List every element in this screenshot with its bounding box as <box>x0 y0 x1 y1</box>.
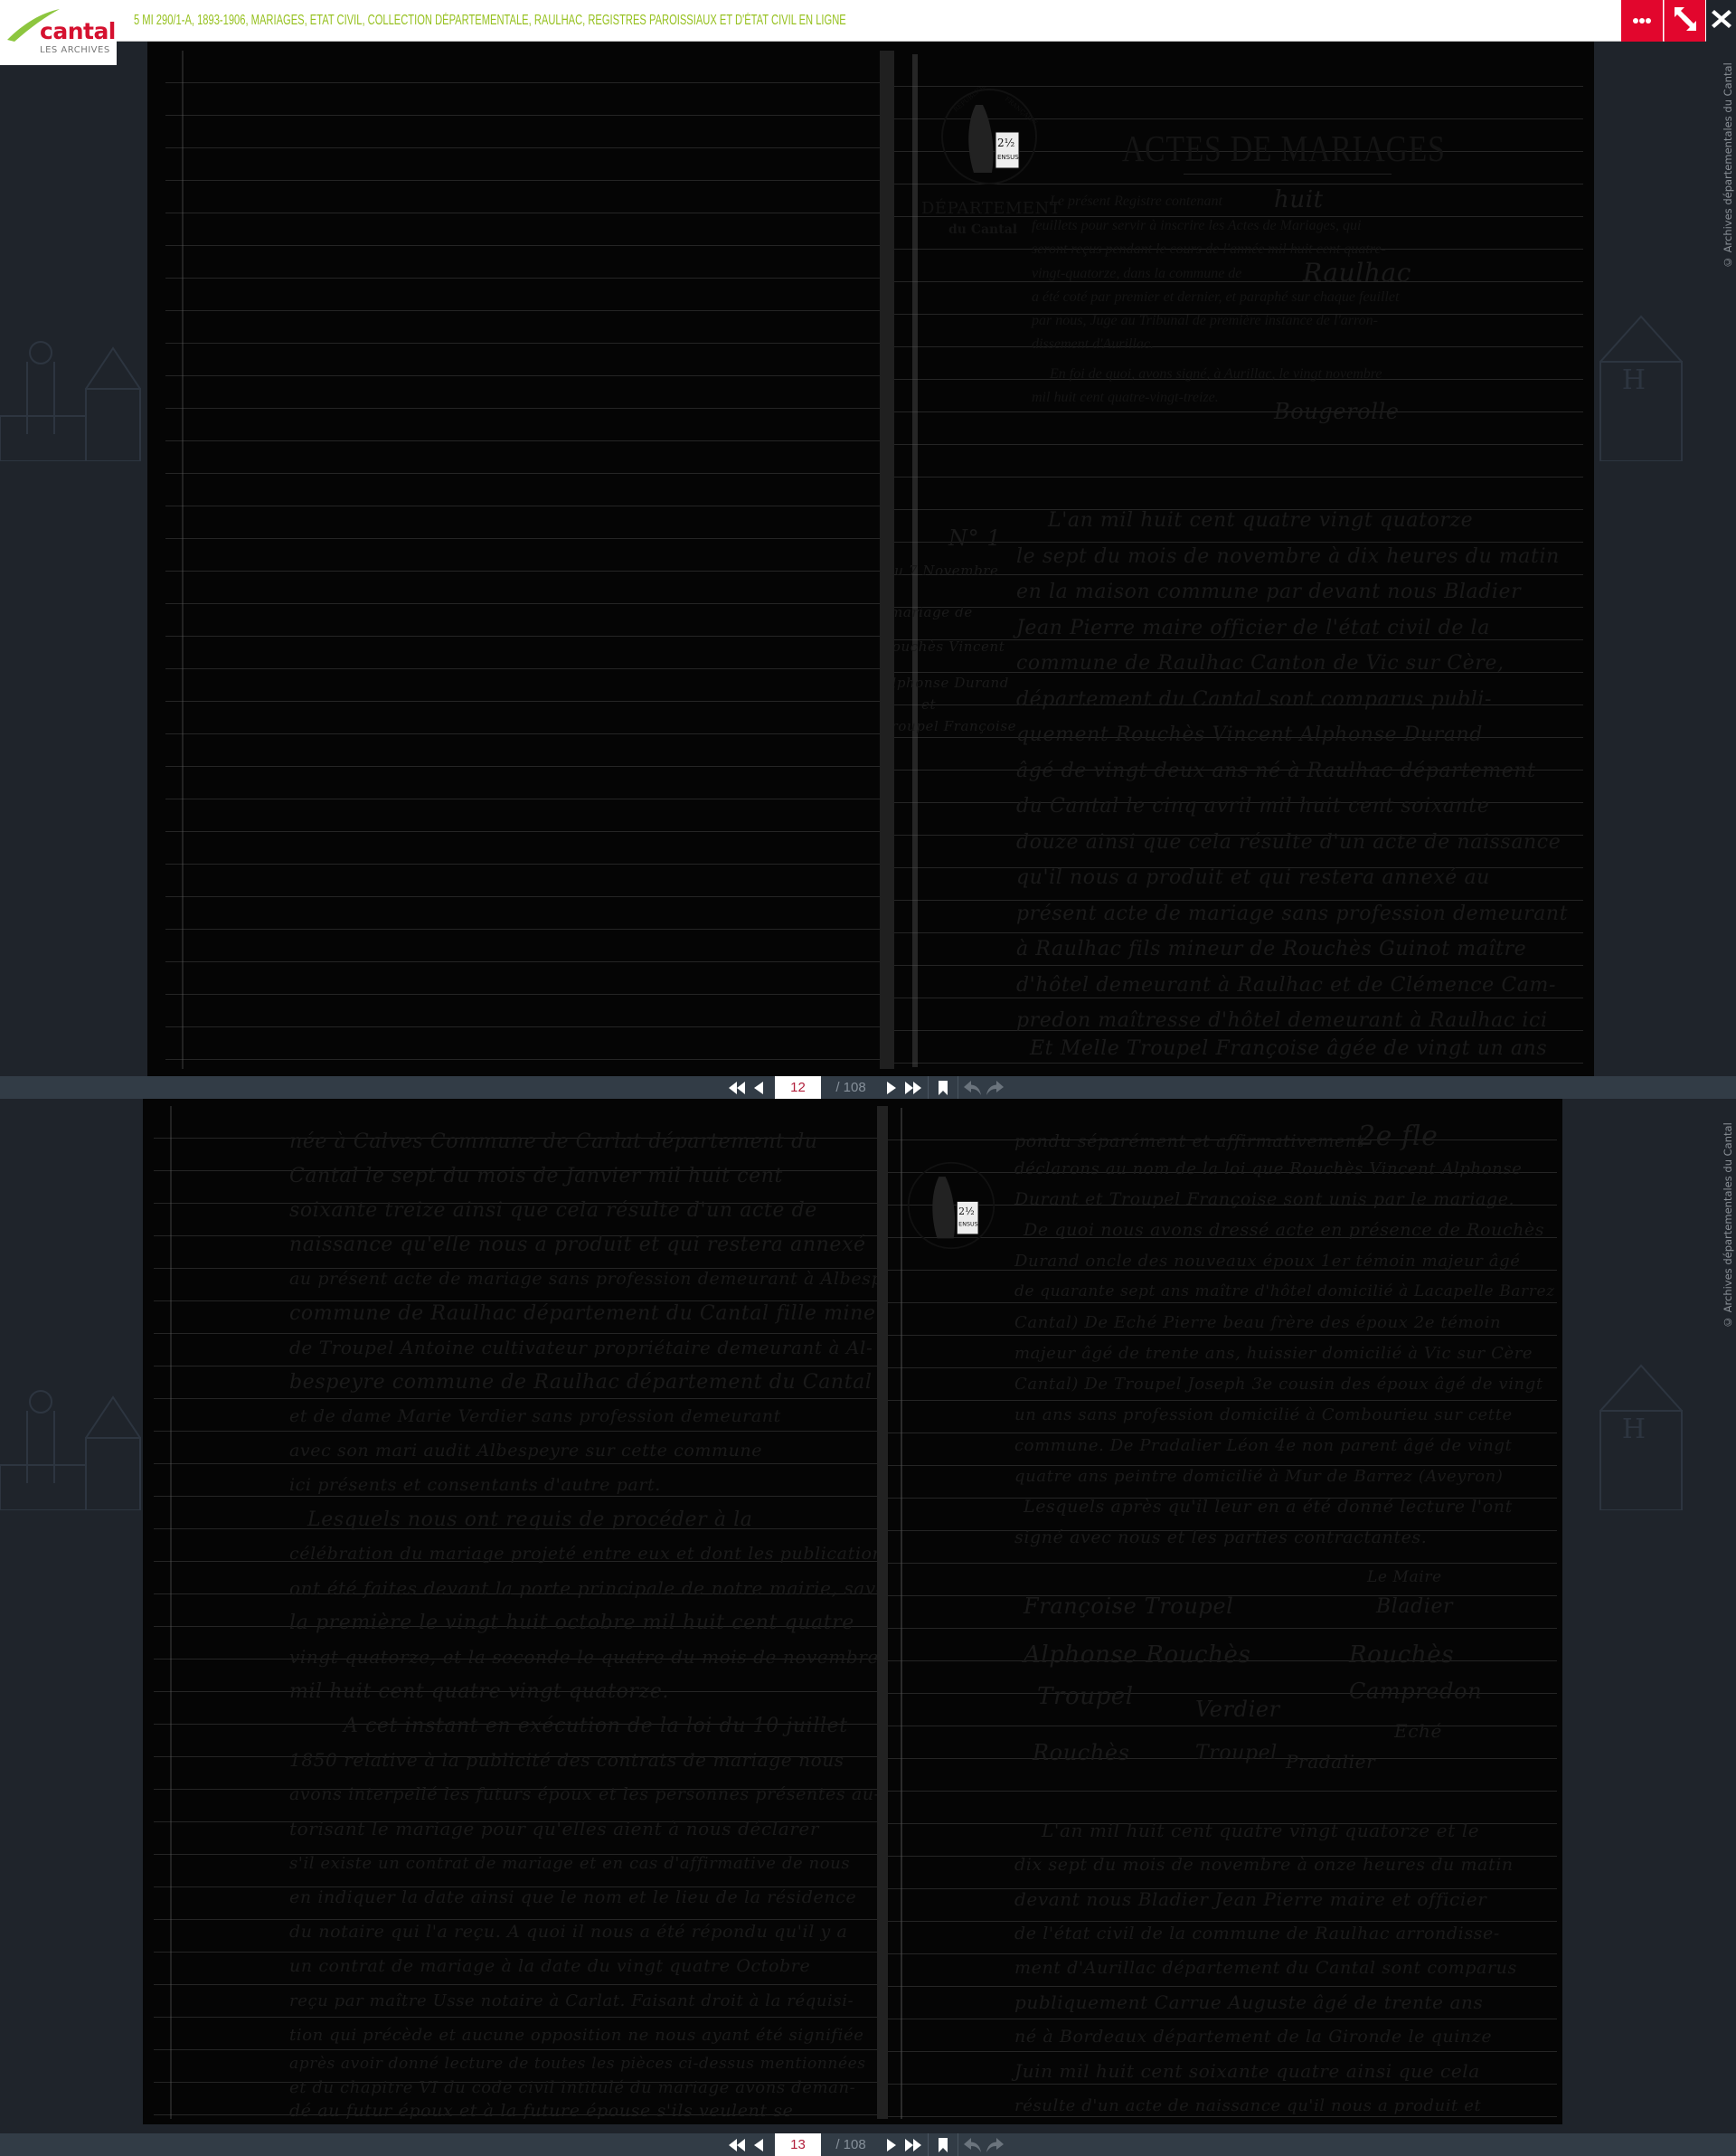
handwritten-line: soixante treize ainsi que cela résulte d… <box>289 1193 817 1229</box>
signature: Rouchès <box>1349 1638 1454 1674</box>
more-options-button[interactable] <box>1621 0 1663 42</box>
handwritten-line: mil huit cent quatre vingt quatorze. <box>289 1674 669 1710</box>
next-page-icon <box>887 1082 896 1094</box>
handwritten-line: d'hôtel demeurant à Raulhac et de Clémen… <box>1016 968 1556 1004</box>
preamble-line: En foi de quoi, avons signé, à Aurillac,… <box>1050 366 1382 383</box>
handwritten-line: avec son mari audit Albespeyre sur cette… <box>289 1433 762 1470</box>
handwritten-line: résulte d'un acte de naissance qu'il nou… <box>1014 2088 1481 2119</box>
preamble-line: dissement d'Aurillac. <box>1032 336 1154 353</box>
svg-text:FRANÇAISE: FRANÇAISE <box>1004 95 1039 127</box>
republique-francaise-stamp-icon: 2½ ENSUS <box>906 1160 996 1251</box>
handwritten-line: à Raulhac fils mineur de Rouchès Guinot … <box>1016 931 1526 968</box>
register-right-page: 2½ ENSUS RÉPUBLIQUE FRANÇAISE DÉPARTEMEN… <box>894 54 1583 1067</box>
last-page-button[interactable] <box>902 1076 924 1099</box>
handwritten-line: célébration du mariage projeté entre eux… <box>289 1537 877 1573</box>
handwritten-line: reçu par maître Usse notaire à Carlat. F… <box>289 1983 854 2019</box>
first-page-button[interactable] <box>726 1076 748 1099</box>
redo-button[interactable] <box>984 1076 1005 1099</box>
cantal-archives-logo[interactable]: cantal LES ARCHIVES <box>0 0 117 65</box>
handwritten-line: avons interpellé les futurs époux et les… <box>289 1777 877 1813</box>
bookmark-button[interactable] <box>932 1076 954 1099</box>
signature: Bladier <box>1376 1589 1453 1625</box>
margin-note: Rouchès Vincent <box>894 629 1005 666</box>
page-number-input[interactable] <box>775 1076 821 1099</box>
handwritten-line: qu'il nous a produit et qui restera anne… <box>1016 860 1490 896</box>
handwritten-line: dix sept du mois de novembre à onze heur… <box>1014 1848 1514 1884</box>
more-icon <box>1633 13 1651 29</box>
redo-icon <box>986 2138 1004 2152</box>
first-page-icon <box>729 2139 745 2151</box>
handwritten-line: la première le vingt huit octobre mil hu… <box>289 1605 854 1641</box>
register-left-page <box>165 51 880 1069</box>
copyright-notice: © Archives départementales du Cantal <box>1720 1103 1736 1347</box>
handwritten-line: du Cantal le cinq avril mil huit cent so… <box>1016 789 1489 825</box>
svg-text:ENSUS: ENSUS <box>958 1222 978 1228</box>
handwritten-line: Juin mil huit cent soixante quatre ainsi… <box>1014 2054 1480 2090</box>
margin-note: du 7 Novembre <box>894 553 999 590</box>
page-total: / 108 <box>821 1080 881 1095</box>
previous-page-button[interactable] <box>748 2133 769 2156</box>
previous-page-icon <box>754 2139 763 2151</box>
fullscreen-icon <box>1673 5 1698 37</box>
signature: Troupel <box>1037 1679 1134 1716</box>
register-right-page: 2½ ENSUS 2e fle pondu séparément et affi… <box>888 1108 1557 2119</box>
handwritten-line: le sept du mois de novembre à dix heures… <box>1016 539 1560 575</box>
svg-text:2½: 2½ <box>997 137 1014 149</box>
handwritten-line: du notaire qui l'a reçu. A quoi il nous … <box>289 1915 847 1951</box>
signature: Troupel <box>1195 1735 1278 1772</box>
copyright-notice: © Archives départementales du Cantal <box>1720 43 1736 288</box>
margin-note: mariage de <box>894 595 973 631</box>
svg-text:2½: 2½ <box>958 1206 975 1217</box>
undo-icon <box>964 1081 982 1095</box>
preamble-line: par nous, Juge au Tribunal de première i… <box>1032 313 1378 329</box>
previous-page-icon <box>754 1082 763 1094</box>
handwritten-line: née à Calves Commune de Carlat départeme… <box>289 1124 818 1160</box>
last-page-icon <box>905 1082 921 1094</box>
fullscreen-button[interactable] <box>1664 0 1705 42</box>
register-left-page: née à Calves Commune de Carlat départeme… <box>154 1106 877 2119</box>
signature: Pradalier <box>1286 1745 1375 1781</box>
handwritten-line: dé au futur époux et à la future épouse … <box>289 2094 793 2119</box>
handwritten-line: naissance qu'elle nous a produit et qui … <box>289 1227 866 1263</box>
handwritten-line: département du Cantal sont comparus publ… <box>1016 682 1492 718</box>
judge-signature: Bougerolle <box>1274 394 1400 430</box>
handwritten-line: 1850 relative à la publicité des contrat… <box>289 1743 844 1779</box>
preamble-line: feuillets pour servir à inscrire les Act… <box>1032 218 1361 234</box>
first-page-icon <box>729 1082 745 1094</box>
handwritten-line: L'an mil huit cent quatre vingt quatorze <box>1048 503 1473 539</box>
undo-icon <box>964 2138 982 2152</box>
handwritten-line: au présent acte de mariage sans professi… <box>289 1262 877 1298</box>
undo-button[interactable] <box>962 1076 984 1099</box>
next-page-icon <box>887 2139 896 2151</box>
handwritten-line: ment d'Aurillac département du Cantal so… <box>1014 1951 1517 1987</box>
signature: Alphonse Rouchès <box>1024 1638 1250 1674</box>
act-number: N° 1 <box>948 521 1001 557</box>
preamble-line: vingt-quatorze, dans la commune de <box>1032 266 1241 282</box>
undo-button[interactable] <box>962 2133 984 2156</box>
document-title: 5 MI 290/1-A, 1893-1906, MARIAGES, ETAT … <box>134 13 846 29</box>
decorative-building-illustration <box>0 253 149 461</box>
bookmark-icon <box>939 1081 948 1095</box>
close-button[interactable] <box>1706 0 1736 42</box>
handwritten-line: s'il existe un contrat de mariage et en … <box>289 1846 850 1882</box>
image-viewer-page-12[interactable]: 2½ ENSUS RÉPUBLIQUE FRANÇAISE DÉPARTEMEN… <box>147 42 1594 1076</box>
department-label: DÉPARTEMENT <box>921 199 1061 218</box>
handwritten-line: vingt quatorze, et la seconde le quatre … <box>289 1640 877 1676</box>
logo-word: cantal <box>40 20 116 43</box>
signature: Verdier <box>1195 1692 1280 1728</box>
handwritten-line: ici présents et consentants d'autre part… <box>289 1468 661 1504</box>
handwritten-fill-count: huit <box>1274 183 1324 219</box>
handwritten-line: âgé de vingt deux ans né à Raulhac dépar… <box>1016 753 1536 790</box>
handwritten-line: de Troupel Antoine cultivateur propriéta… <box>289 1330 873 1366</box>
handwritten-line: et de dame Marie Verdier sans profession… <box>289 1399 781 1435</box>
handwritten-line: A cet instant en exécution de la loi du … <box>344 1708 848 1745</box>
department-sub-label: du Cantal <box>948 222 1017 237</box>
previous-page-button[interactable] <box>748 1076 769 1099</box>
bookmark-icon <box>939 2138 948 2152</box>
redo-icon <box>986 1081 1004 1095</box>
next-page-button[interactable] <box>881 1076 902 1099</box>
signature: Françoise Troupel <box>1024 1589 1233 1625</box>
handwritten-line: un contrat de mariage à la date du vingt… <box>289 1949 810 1985</box>
page-navigation-bar: / 108 <box>0 2133 1736 2156</box>
svg-text:H: H <box>1622 1414 1646 1445</box>
handwritten-fill-commune: Raulhac <box>1303 255 1411 291</box>
svg-text:H: H <box>1622 364 1646 396</box>
handwritten-line: en indiquer la date ainsi que le nom et … <box>289 1880 856 1916</box>
decorative-building-illustration: H <box>1587 1302 1736 1510</box>
handwritten-line: quement Rouchès Vincent Alphonse Durand <box>1016 717 1483 753</box>
book-gutter <box>880 51 894 1069</box>
handwritten-line: présent acte de mariage sans profession … <box>1016 896 1568 932</box>
handwritten-line: L'an mil huit cent quatre vingt quatorze… <box>1042 1813 1479 1849</box>
close-icon <box>1711 8 1732 34</box>
handwritten-line: en la maison commune par devant nous Bla… <box>1016 574 1521 610</box>
preamble-line: mil huit cent quatre-vingt-treize. <box>1032 390 1219 406</box>
handwritten-line: bespeyre commune de Raulhac département … <box>289 1365 873 1401</box>
signature: Campredon <box>1349 1674 1482 1710</box>
page-navigation-bar: / 108 <box>0 1076 1736 1099</box>
handwritten-line: Cantal le sept du mois de Janvier mil hu… <box>289 1158 783 1195</box>
image-viewer-page-13[interactable]: née à Calves Commune de Carlat départeme… <box>143 1099 1562 2124</box>
handwritten-line: douze ainsi que cela résulte d'un acte d… <box>1016 825 1561 861</box>
handwritten-line: devant nous Bladier Jean Pierre maire et… <box>1014 1882 1486 1918</box>
bookmark-button[interactable] <box>932 2133 954 2156</box>
handwritten-line: commune de Raulhac département du Cantal… <box>289 1296 877 1332</box>
handwritten-line: signé avec nous et les parties contracta… <box>1014 1520 1427 1556</box>
register-heading: ACTES DE MARIAGES <box>1122 127 1446 170</box>
page-total: / 108 <box>821 2137 881 2152</box>
preamble-line: Le présent Registre contenant <box>1050 194 1222 210</box>
handwritten-line: publiquement Carrue Auguste âgé de trent… <box>1014 1985 1483 2021</box>
preamble-line: a été coté par premier et dernier, et pa… <box>1032 289 1399 306</box>
page-number-input[interactable] <box>775 2133 821 2156</box>
first-page-button[interactable] <box>726 2133 748 2156</box>
handwritten-line: Et Melle Troupel Françoise âgée de vingt… <box>1030 1031 1547 1067</box>
handwritten-line: torisant le mariage pour qu'elles aient … <box>289 1811 819 1848</box>
handwritten-line: Jean Pierre maire officier de l'état civ… <box>1016 610 1490 647</box>
logo-subtitle: LES ARCHIVES <box>40 45 110 55</box>
book-gutter <box>877 1106 888 2119</box>
next-page-button[interactable] <box>881 2133 902 2156</box>
handwritten-line: commune de Raulhac Canton de Vic sur Cèr… <box>1016 646 1505 682</box>
last-page-icon <box>905 2139 921 2151</box>
handwritten-line: de l'état civil de la commune de Raulhac… <box>1014 1916 1500 1953</box>
signature: Rouchès <box>1033 1735 1130 1772</box>
marginal-note: 2e fle <box>1358 1119 1438 1155</box>
handwritten-line: né à Bordeaux département de la Gironde … <box>1014 2019 1492 2056</box>
last-page-button[interactable] <box>902 2133 924 2156</box>
margin-note: Alphonse Durand <box>894 666 1009 702</box>
decorative-building-illustration: H <box>1587 253 1736 461</box>
svg-text:ENSUS: ENSUS <box>997 154 1019 161</box>
handwritten-line: Lesquels nous ont requis de procéder à l… <box>307 1502 753 1538</box>
top-header: 5 MI 290/1-A, 1893-1906, MARIAGES, ETAT … <box>0 0 1736 42</box>
signature: Eché <box>1394 1714 1442 1750</box>
svg-text:RÉPUBLIQUE: RÉPUBLIQUE <box>952 87 992 114</box>
handwritten-line: ont été faites devant la porte principal… <box>289 1571 877 1607</box>
margin-note: Troupel Françoise <box>894 709 1016 745</box>
republique-francaise-stamp-icon: 2½ ENSUS RÉPUBLIQUE FRANÇAISE <box>939 87 1039 186</box>
redo-button[interactable] <box>984 2133 1005 2156</box>
decorative-building-illustration <box>0 1302 149 1510</box>
